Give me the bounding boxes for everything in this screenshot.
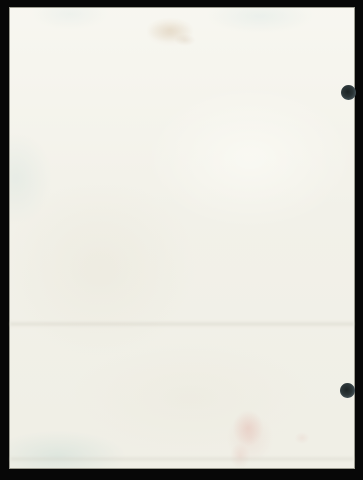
- scan-background: [0, 0, 363, 480]
- punch-hole-top: [341, 85, 356, 100]
- punch-hole-bottom: [340, 383, 355, 398]
- paper-crease-lower: [10, 456, 354, 462]
- document-page: [9, 7, 355, 469]
- stain-smudge-top: [138, 18, 202, 50]
- paper-crease-upper: [10, 321, 354, 327]
